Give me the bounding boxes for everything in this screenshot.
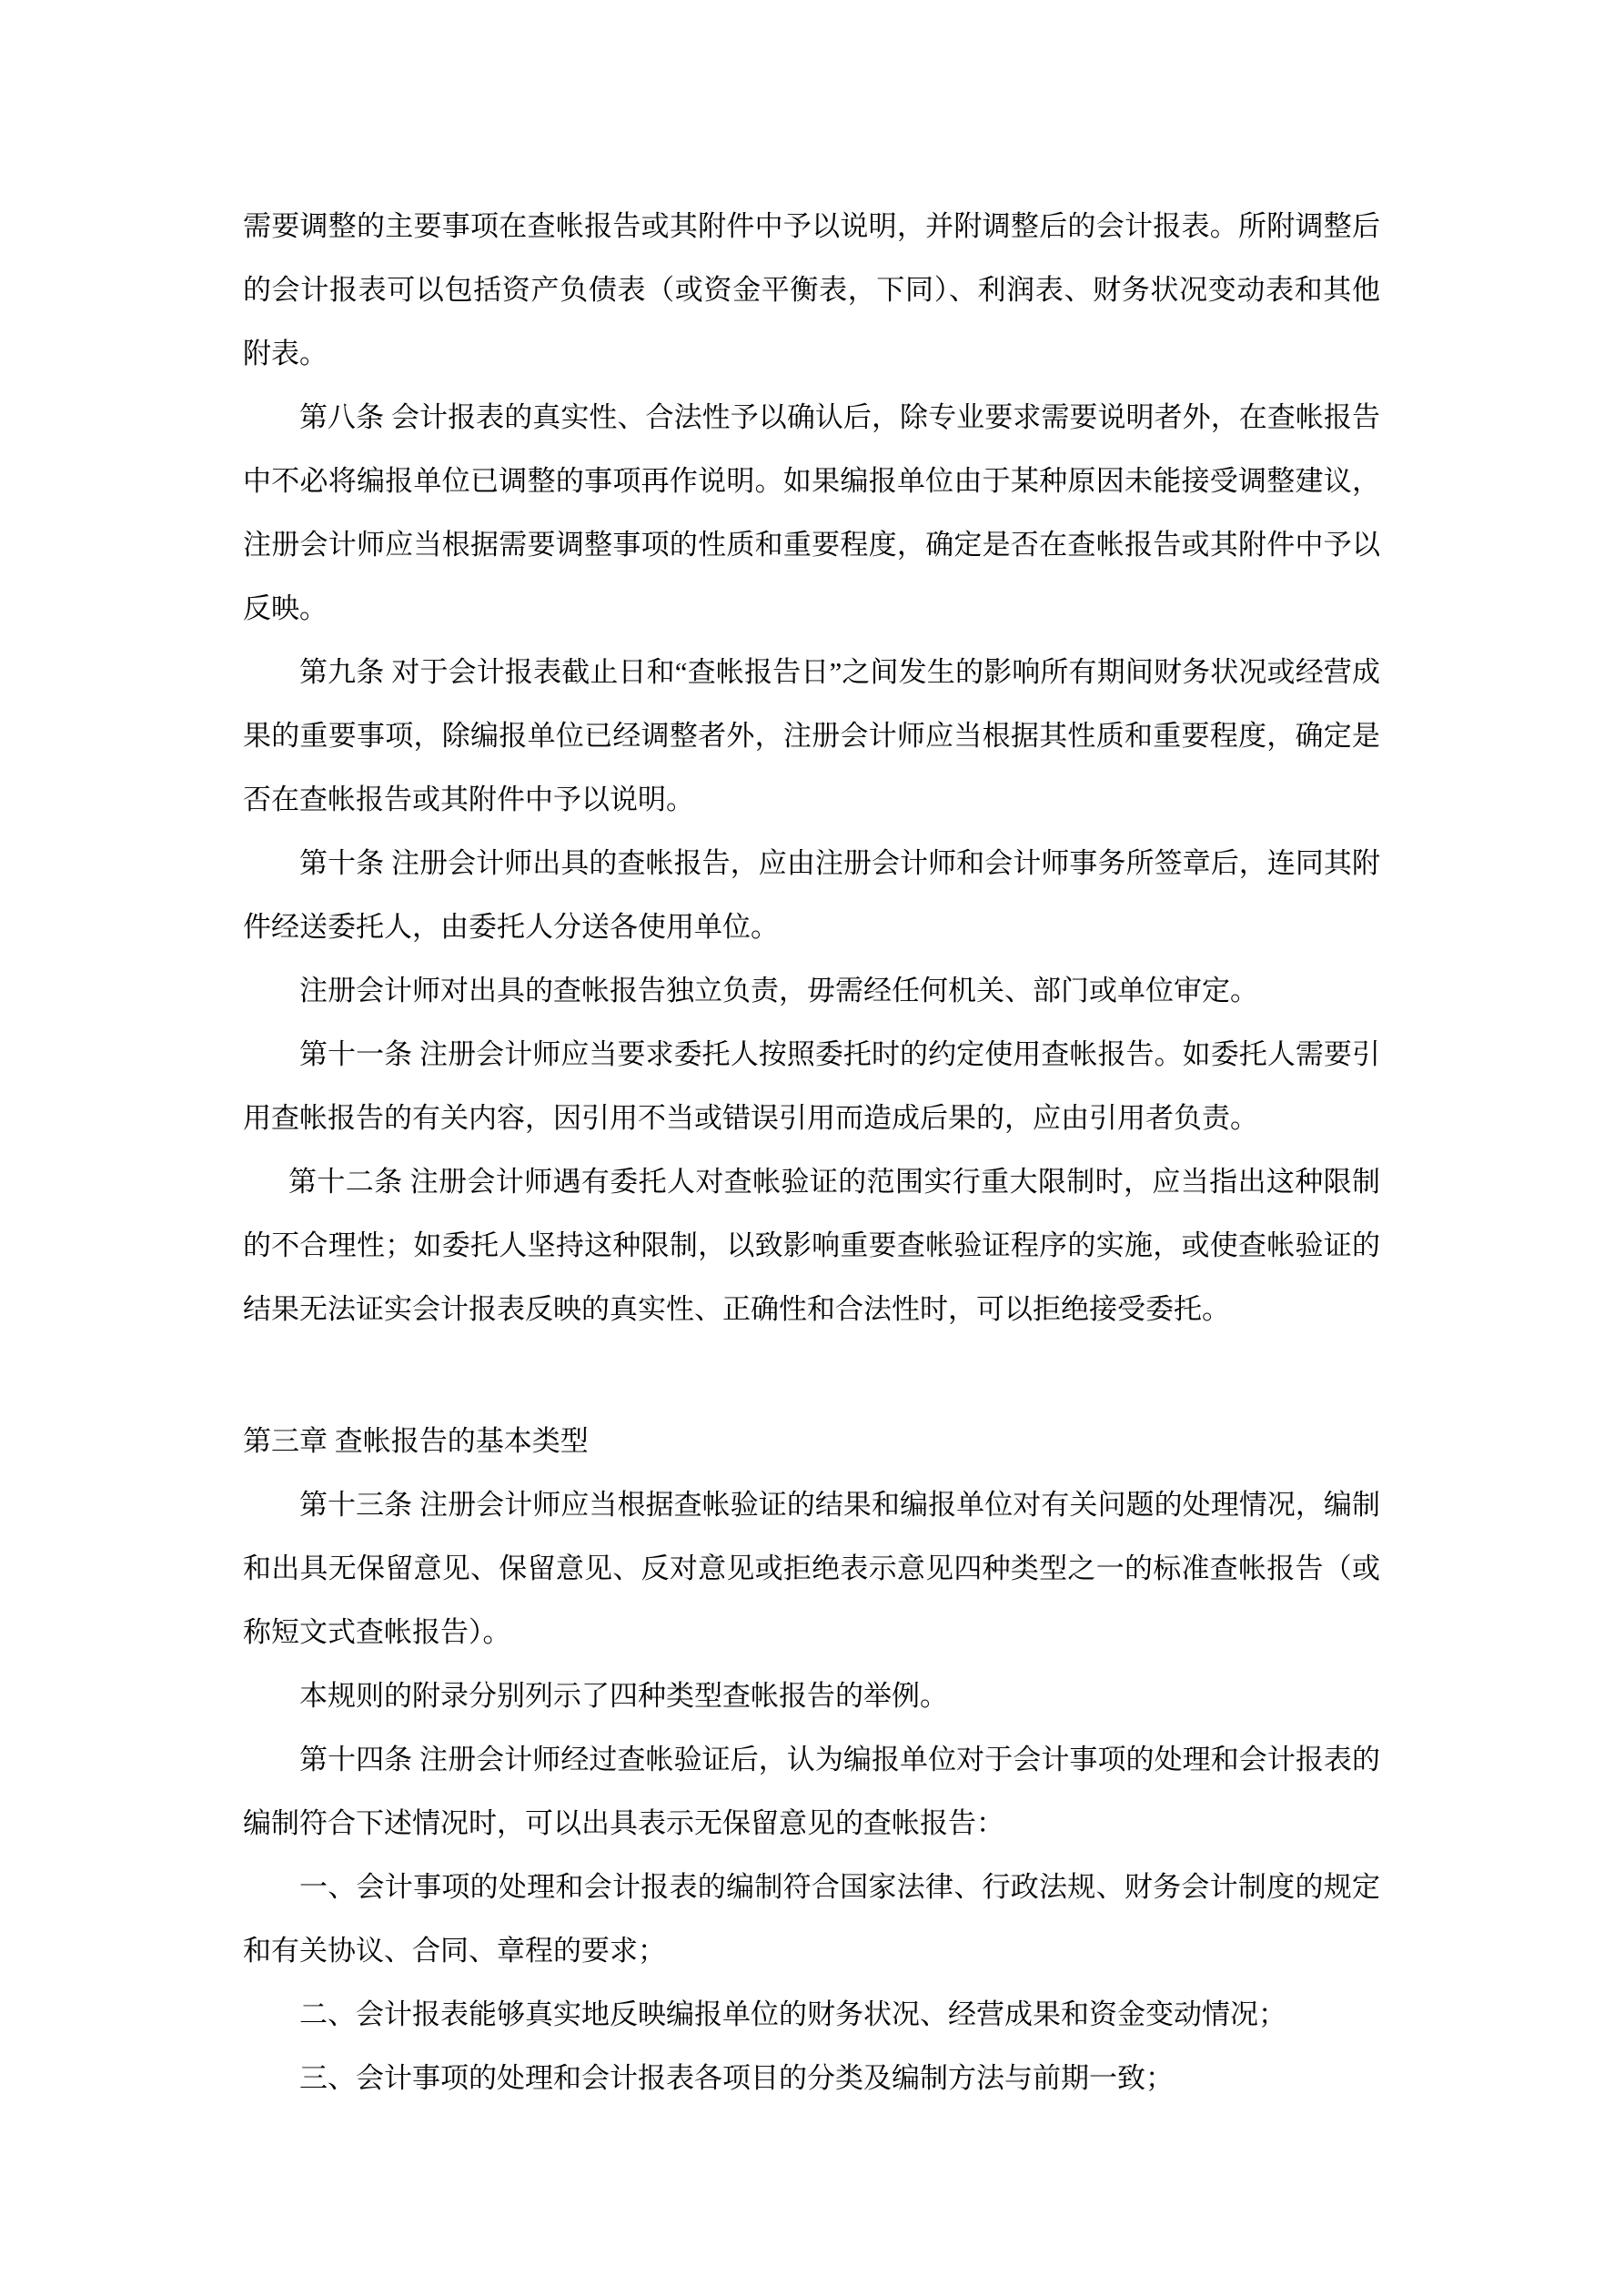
paragraph: 第八条 会计报表的真实性、合法性予以确认后，除专业要求需要说明者外，在查帐报告中…: [243, 386, 1380, 641]
paragraph: 本规则的附录分别列示了四种类型查帐报告的举例。: [243, 1664, 1380, 1728]
paragraph: 第十四条 注册会计师经过查帐验证后，认为编报单位对于会计事项的处理和会计报表的编…: [243, 1728, 1380, 1856]
paragraph: 三、会计事项的处理和会计报表各项目的分类及编制方法与前期一致；: [243, 2047, 1380, 2110]
paragraph: 注册会计师对出具的查帐报告独立负责，毋需经任何机关、部门或单位审定。: [243, 959, 1380, 1023]
document-body: 需要调整的主要事项在查帐报告或其附件中予以说明，并附调整后的会计报表。所附调整后…: [243, 195, 1380, 2110]
paragraph: 第九条 对于会计报表截止日和“查帐报告日”之间发生的影响所有期间财务状况或经营成…: [243, 641, 1380, 832]
paragraph: 需要调整的主要事项在查帐报告或其附件中予以说明，并附调整后的会计报表。所附调整后…: [243, 195, 1380, 386]
paragraph: 第十一条 注册会计师应当要求委托人按照委托时的约定使用查帐报告。如委托人需要引用…: [243, 1023, 1380, 1150]
paragraph: 一、会计事项的处理和会计报表的编制符合国家法律、行政法规、财务会计制度的规定和有…: [243, 1856, 1380, 1983]
page: { "page": { "background": "#ffffff", "te…: [0, 0, 1624, 2296]
paragraph: 第十三条 注册会计师应当根据查帐验证的结果和编报单位对有关问题的处理情况，编制和…: [243, 1473, 1380, 1664]
paragraph: 第十条 注册会计师出具的查帐报告，应由注册会计师和会计师事务所签章后，连同其附件…: [243, 832, 1380, 959]
paragraph: 二、会计报表能够真实地反映编报单位的财务状况、经营成果和资金变动情况；: [243, 1983, 1380, 2047]
chapter-heading: 第三章 查帐报告的基本类型: [243, 1410, 1380, 1473]
paragraph: 第十二条 注册会计师遇有委托人对查帐验证的范围实行重大限制时，应当指出这种限制的…: [243, 1150, 1380, 1341]
